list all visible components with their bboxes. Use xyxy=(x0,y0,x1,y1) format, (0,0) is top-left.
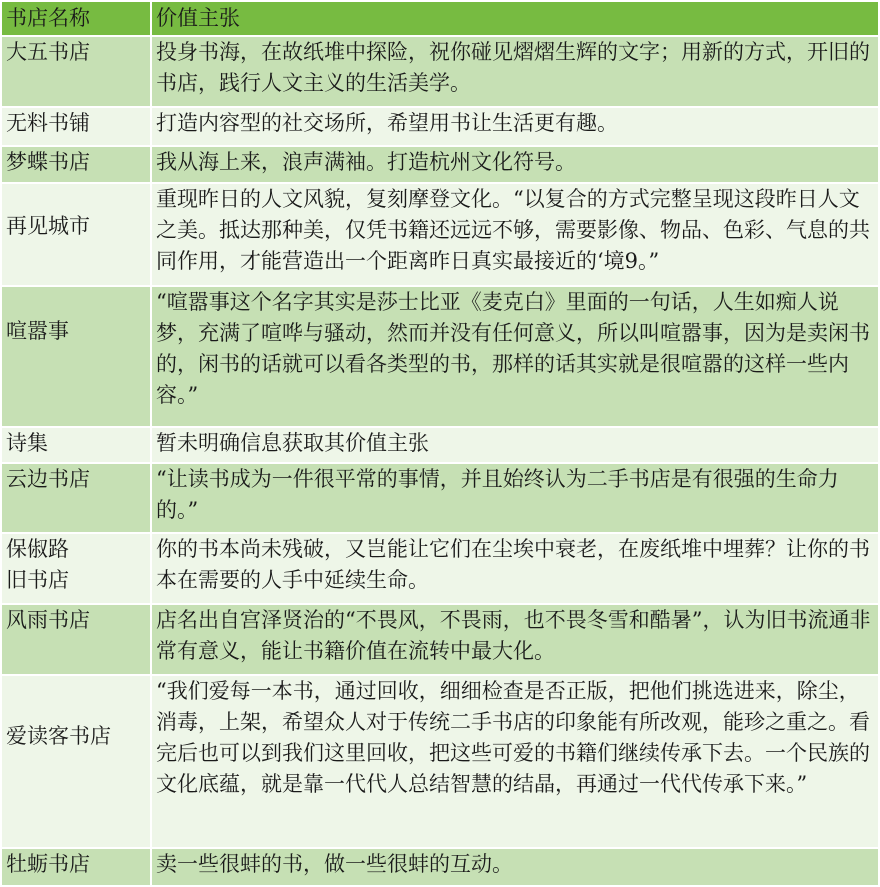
header-cell-value: 价值主张 xyxy=(151,1,879,36)
table-row: 牡蛎书店 卖一些很蚌的书，做一些很蚌的互动。 xyxy=(1,848,879,886)
store-name-cell: 保俶路 旧书店 xyxy=(1,533,151,604)
store-name-cell: 云边书店 xyxy=(1,463,151,533)
store-name: 风雨书店 xyxy=(6,605,146,636)
store-value: 暂未明确信息获取其价值主张 xyxy=(156,428,874,459)
store-name: 喧嚣事 xyxy=(6,316,146,347)
store-value: “喧嚣事这个名字其实是莎士比亚《麦克白》里面的一句话，人生如痴人说梦，充满了喧哗… xyxy=(156,287,874,411)
store-value: 卖一些很蚌的书，做一些很蚌的互动。 xyxy=(156,849,874,880)
value-cell: 我从海上来，浪声满袖。打造杭州文化符号。 xyxy=(151,146,879,183)
store-name: 无料书铺 xyxy=(6,108,146,139)
store-name: 云边书店 xyxy=(6,464,146,495)
table-row: 云边书店 “让读书成为一件很平常的事情，并且始终认为二手书店是有很强的生命力的。… xyxy=(1,463,879,533)
value-cell: 卖一些很蚌的书，做一些很蚌的互动。 xyxy=(151,848,879,886)
value-cell: “让读书成为一件很平常的事情，并且始终认为二手书店是有很强的生命力的。” xyxy=(151,463,879,533)
store-value: 投身书海，在故纸堆中探险，祝你碰见熠熠生辉的文字；用新的方式，开旧的书店，践行人… xyxy=(156,37,874,99)
store-name-cell: 牡蛎书店 xyxy=(1,848,151,886)
value-cell: 你的书本尚未残破，又岂能让它们在尘埃中衰老，在废纸堆中埋葬？让你的书本在需要的人… xyxy=(151,533,879,604)
store-name-cell: 爱读客书店 xyxy=(1,675,151,848)
store-name-cell: 再见城市 xyxy=(1,183,151,286)
bookstore-value-table: 书店名称 价值主张 大五书店 投身书海，在故纸堆中探险，祝你碰见熠熠生辉的文字；… xyxy=(0,0,880,887)
table-row: 梦蝶书店 我从海上来，浪声满袖。打造杭州文化符号。 xyxy=(1,146,879,183)
table-row: 无料书铺 打造内容型的社交场所，希望用书让生活更有趣。 xyxy=(1,107,879,146)
table-header-row: 书店名称 价值主张 xyxy=(1,1,879,36)
store-value: 我从海上来，浪声满袖。打造杭州文化符号。 xyxy=(156,147,874,178)
header-cell-name: 书店名称 xyxy=(1,1,151,36)
value-cell: 打造内容型的社交场所，希望用书让生活更有趣。 xyxy=(151,107,879,146)
store-name: 保俶路 旧书店 xyxy=(6,534,146,596)
table-row: 保俶路 旧书店 你的书本尚未残破，又岂能让它们在尘埃中衰老，在废纸堆中埋葬？让你… xyxy=(1,533,879,604)
value-cell: 暂未明确信息获取其价值主张 xyxy=(151,427,879,463)
value-cell: 重现昨日的人文风貌，复刻摩登文化。“以复合的方式完整呈现这段昨日人文之美。抵达那… xyxy=(151,183,879,286)
store-name-cell: 梦蝶书店 xyxy=(1,146,151,183)
table-row: 风雨书店 店名出自宫泽贤治的“不畏风，不畏雨，也不畏冬雪和酷暑”，认为旧书流通非… xyxy=(1,604,879,675)
store-value: 你的书本尚未残破，又岂能让它们在尘埃中衰老，在废纸堆中埋葬？让你的书本在需要的人… xyxy=(156,534,874,596)
value-cell: 投身书海，在故纸堆中探险，祝你碰见熠熠生辉的文字；用新的方式，开旧的书店，践行人… xyxy=(151,36,879,107)
store-name: 再见城市 xyxy=(6,211,146,242)
store-name: 诗集 xyxy=(6,428,146,459)
store-name: 大五书店 xyxy=(6,37,146,68)
store-value: 重现昨日的人文风貌，复刻摩登文化。“以复合的方式完整呈现这段昨日人文之美。抵达那… xyxy=(156,184,874,277)
store-value: 店名出自宫泽贤治的“不畏风，不畏雨，也不畏冬雪和酷暑”，认为旧书流通非常有意义，… xyxy=(156,605,874,667)
store-name: 爱读客书店 xyxy=(6,721,146,752)
value-cell: 店名出自宫泽贤治的“不畏风，不畏雨，也不畏冬雪和酷暑”，认为旧书流通非常有意义，… xyxy=(151,604,879,675)
table-row: 大五书店 投身书海，在故纸堆中探险，祝你碰见熠熠生辉的文字；用新的方式，开旧的书… xyxy=(1,36,879,107)
store-name-cell: 风雨书店 xyxy=(1,604,151,675)
table-row: 再见城市 重现昨日的人文风貌，复刻摩登文化。“以复合的方式完整呈现这段昨日人文之… xyxy=(1,183,879,286)
store-value: 打造内容型的社交场所，希望用书让生活更有趣。 xyxy=(156,108,874,139)
store-name-cell: 喧嚣事 xyxy=(1,286,151,427)
header-value-label: 价值主张 xyxy=(156,2,874,35)
store-name-cell: 大五书店 xyxy=(1,36,151,107)
table-row: 爱读客书店 “我们爱每一本书，通过回收，细细检查是否正版，把他们挑选进来，除尘，… xyxy=(1,675,879,848)
store-name-cell: 无料书铺 xyxy=(1,107,151,146)
header-name-label: 书店名称 xyxy=(6,2,146,35)
table-row: 喧嚣事 “喧嚣事这个名字其实是莎士比亚《麦克白》里面的一句话，人生如痴人说梦，充… xyxy=(1,286,879,427)
store-value: “我们爱每一本书，通过回收，细细检查是否正版，把他们挑选进来，除尘，消毒，上架，… xyxy=(156,676,874,800)
store-value: “让读书成为一件很平常的事情，并且始终认为二手书店是有很强的生命力的。” xyxy=(156,464,874,526)
store-name: 牡蛎书店 xyxy=(6,849,146,880)
value-cell: “喧嚣事这个名字其实是莎士比亚《麦克白》里面的一句话，人生如痴人说梦，充满了喧哗… xyxy=(151,286,879,427)
value-cell: “我们爱每一本书，通过回收，细细检查是否正版，把他们挑选进来，除尘，消毒，上架，… xyxy=(151,675,879,848)
table-row: 诗集 暂未明确信息获取其价值主张 xyxy=(1,427,879,463)
store-name: 梦蝶书店 xyxy=(6,147,146,178)
store-name-cell: 诗集 xyxy=(1,427,151,463)
